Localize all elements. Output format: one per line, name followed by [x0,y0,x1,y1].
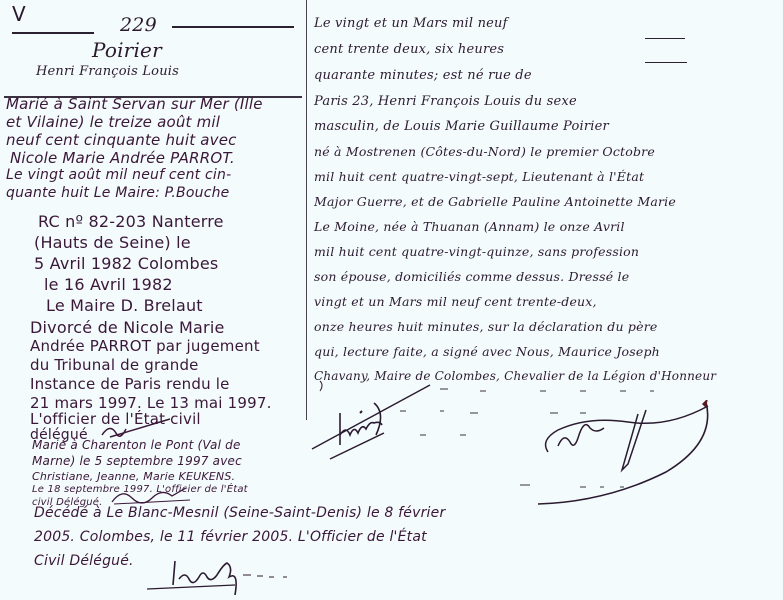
margin-line: 5 Avril 1982 Colombes [34,254,218,273]
margin-line: et Vilaine) le treize août mil [6,113,220,131]
margin-line: le 16 Avril 1982 [44,275,173,294]
record-line: quarante minutes; est né rue de [314,68,532,83]
margin-line: du Tribunal de grande [30,356,199,374]
header-rule-right [172,26,294,28]
record-line: Le Moine, née à Thuanan (Annam) le onze … [314,219,625,234]
signature-filler-dashes [380,385,760,495]
record-line: cent trente deux, six heures [314,42,504,57]
record-line: vingt et un Mars mil neuf cent trente-de… [314,294,597,309]
margin-line: Le vingt août mil neuf cent cin- [6,167,231,183]
margin-line: Civil Délégué. [34,553,134,569]
civil-record-page: V 229 Poirier Henri François Louis Marié… [0,0,783,600]
margin-line: Marié à Charenton le Pont (Val de [32,438,241,452]
margin-line: Nicole Marie Andrée PARROT. [10,149,235,167]
header-rule-left [12,32,94,34]
record-line: mil huit cent quatre-vingt-sept, Lieuten… [314,169,644,184]
margin-line: Décédé à Le Blanc-Mesnil (Seine-Saint-De… [34,505,445,521]
record-line: mil huit cent quatre-vingt-quinze, sans … [314,244,639,259]
margin-line: Marié à Saint Servan sur Mer (Ille [6,95,263,113]
record-given-names: Henri François Louis [36,64,179,79]
margin-line: Instance de Paris rendu le [30,375,230,393]
column-divider [306,0,307,420]
margin-line: 2005. Colombes, le 11 février 2005. L'Of… [34,529,427,545]
line-filler [645,38,685,39]
death-officer-signature [145,555,295,595]
record-line: Paris 23, Henri François Louis du sexe [314,94,577,109]
margin-line: (Hauts de Seine) le [34,233,191,252]
margin-line: Divorcé de Nicole Marie [30,318,225,337]
record-line: masculin, de Louis Marie Guillaume Poiri… [314,119,609,134]
margin-line: Le Maire D. Brelaut [46,296,203,315]
record-line: son épouse, domiciliés comme dessus. Dre… [314,269,629,284]
act-number: 229 [120,14,157,36]
header-mark: V [12,2,26,26]
margin-line: neuf cent cinquante huit avec [6,131,237,149]
record-surname: Poirier [92,38,162,62]
margin-line: Marne) le 5 septembre 1997 avec [32,454,242,468]
margin-line: RC nº 82-203 Nanterre [38,212,224,231]
margin-line: Andrée PARROT par jugement [30,337,260,355]
record-line: onze heures huit minutes, sur la déclara… [314,319,658,334]
record-line: Major Guerre, et de Gabrielle Pauline An… [314,194,676,209]
record-line: Le vingt et un Mars mil neuf [314,16,508,31]
record-line: né à Mostrenen (Côtes-du-Nord) le premie… [314,144,655,159]
margin-line: quante huit Le Maire: P.Bouche [6,185,229,201]
line-filler [645,62,687,63]
margin-line: Christiane, Jeanne, Marie KEUKENS. [32,470,235,483]
record-line: qui, lecture faite, a signé avec Nous, M… [314,344,660,359]
